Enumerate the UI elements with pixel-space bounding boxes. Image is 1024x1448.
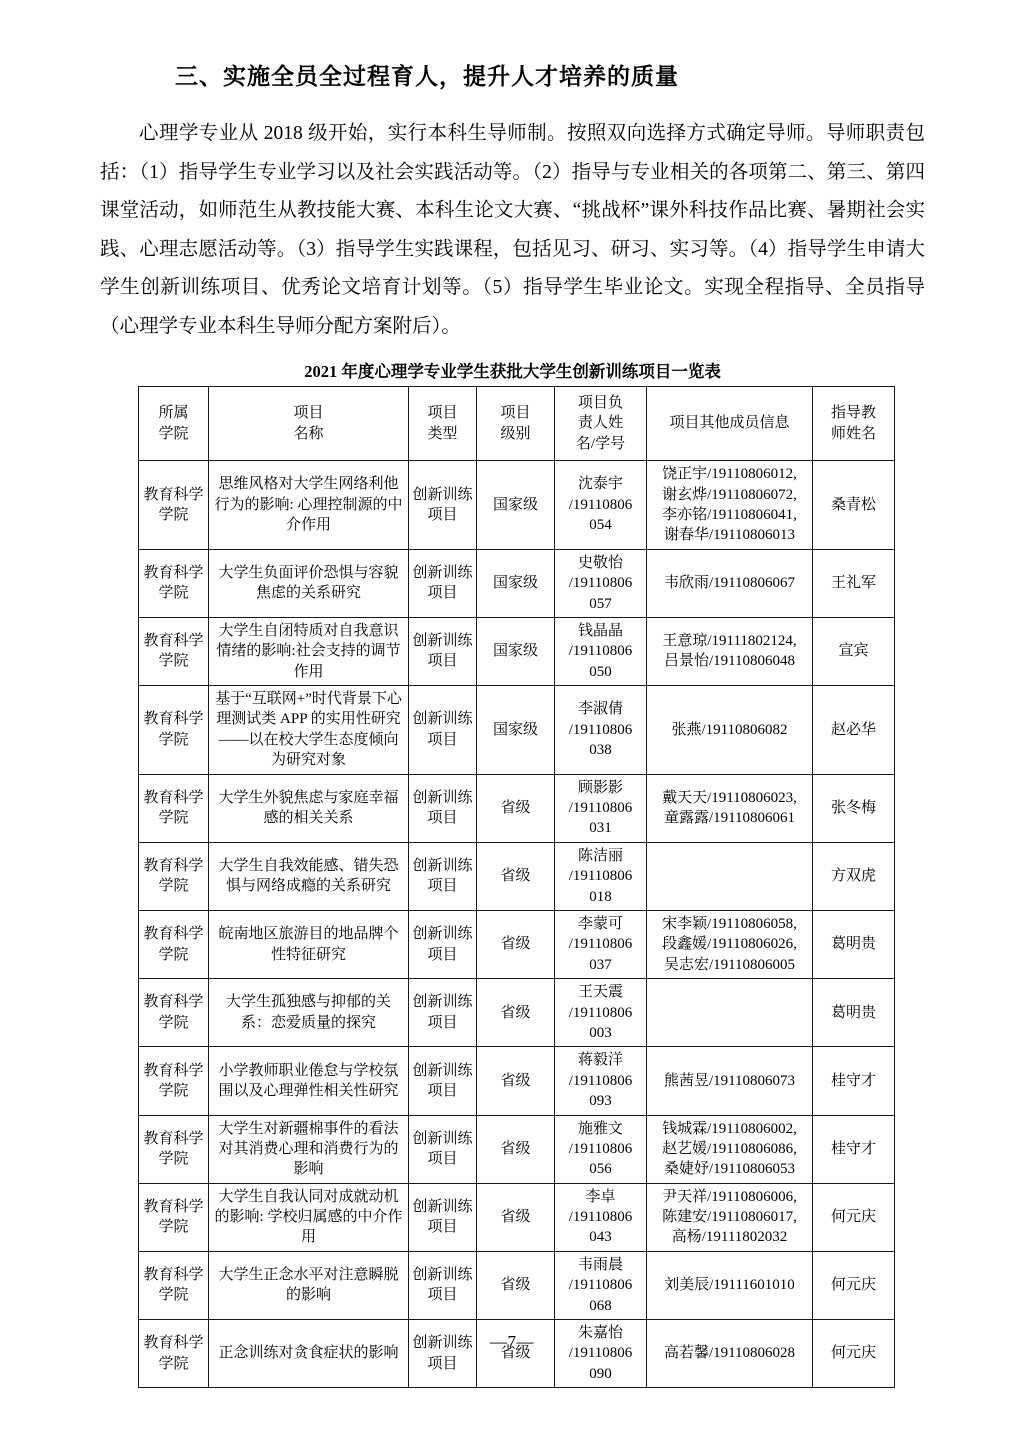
table-row: 教育科学学院大学生自我认同对成就动机的影响: 学校归属感的中介作用创新训练项目省…	[139, 1183, 895, 1251]
cell-advisor: 桂守才	[813, 1115, 895, 1183]
table-title: 2021 年度心理学专业学生获批大学生创新训练项目一览表	[100, 358, 925, 382]
cell-level: 省级	[477, 979, 555, 1047]
cell-type: 创新训练项目	[409, 686, 477, 775]
cell-name: 皖南地区旅游目的地品牌个性特征研究	[209, 910, 409, 978]
cell-name: 大学生外貌焦虑与家庭幸福感的相关关系	[209, 774, 409, 842]
cell-type: 创新训练项目	[409, 461, 477, 550]
cell-leader: 韦雨晨 /19110806 068	[555, 1251, 647, 1319]
table-row: 教育科学学院基于“互联网+”时代背景下心理测试类 APP 的实用性研究——以在校…	[139, 686, 895, 775]
cell-college: 教育科学学院	[139, 1047, 209, 1115]
cell-level: 省级	[477, 1183, 555, 1251]
cell-advisor: 桂守才	[813, 1047, 895, 1115]
header-members: 项目其他成员信息	[647, 387, 813, 461]
cell-leader: 施雅文 /19110806 056	[555, 1115, 647, 1183]
page-number: —7—	[0, 1332, 1024, 1352]
cell-type: 创新训练项目	[409, 1183, 477, 1251]
cell-college: 教育科学学院	[139, 774, 209, 842]
cell-advisor: 葛明贵	[813, 910, 895, 978]
cell-college: 教育科学学院	[139, 910, 209, 978]
cell-level: 省级	[477, 1251, 555, 1319]
cell-name: 正念训练对贪食症状的影响	[209, 1320, 409, 1388]
cell-college: 教育科学学院	[139, 461, 209, 550]
header-advisor: 指导教 师姓名	[813, 387, 895, 461]
cell-members: 戴天天/19110806023, 童露露/19110806061	[647, 774, 813, 842]
cell-type: 创新训练项目	[409, 1251, 477, 1319]
body-paragraph: 心理学专业从 2018 级开始，实行本科生导师制。按照双向选择方式确定导师。导师…	[100, 115, 925, 346]
cell-leader: 顾影影 /19110806 031	[555, 774, 647, 842]
cell-college: 教育科学学院	[139, 1251, 209, 1319]
cell-college: 教育科学学院	[139, 686, 209, 775]
cell-level: 省级	[477, 910, 555, 978]
cell-college: 教育科学学院	[139, 842, 209, 910]
cell-type: 创新训练项目	[409, 979, 477, 1047]
cell-name: 大学生对新疆棉事件的看法对其消费心理和消费行为的影响	[209, 1115, 409, 1183]
cell-level: 国家级	[477, 686, 555, 775]
cell-members: 刘美辰/19111601010	[647, 1251, 813, 1319]
cell-type: 创新训练项目	[409, 1115, 477, 1183]
table-header-row: 所属 学院 项目 名称 项目 类型 项目 级别 项目负 责人姓 名/学号 项目其…	[139, 387, 895, 461]
cell-name: 大学生孤独感与抑郁的关系：恋爱质量的探究	[209, 979, 409, 1047]
cell-advisor: 方双虎	[813, 842, 895, 910]
cell-members	[647, 842, 813, 910]
cell-leader: 陈洁丽 /19110806 018	[555, 842, 647, 910]
table-row: 教育科学学院思维风格对大学生网络利他行为的影响: 心理控制源的中介作用创新训练项…	[139, 461, 895, 550]
cell-advisor: 何元庆	[813, 1320, 895, 1388]
cell-members: 钱城霖/19110806002, 赵艺媛/19110806086, 桑婕妤/19…	[647, 1115, 813, 1183]
cell-level: 省级	[477, 842, 555, 910]
cell-college: 教育科学学院	[139, 1320, 209, 1388]
cell-leader: 沈泰宇 /19110806 054	[555, 461, 647, 550]
cell-advisor: 桑青松	[813, 461, 895, 550]
cell-advisor: 何元庆	[813, 1183, 895, 1251]
cell-advisor: 何元庆	[813, 1251, 895, 1319]
cell-college: 教育科学学院	[139, 549, 209, 617]
table-row: 教育科学学院大学生外貌焦虑与家庭幸福感的相关关系创新训练项目省级顾影影 /191…	[139, 774, 895, 842]
table-row: 教育科学学院大学生对新疆棉事件的看法对其消费心理和消费行为的影响创新训练项目省级…	[139, 1115, 895, 1183]
cell-leader: 李卓 /19110806 043	[555, 1183, 647, 1251]
cell-level: 国家级	[477, 617, 555, 685]
cell-leader: 朱嘉怡 /19110806 090	[555, 1320, 647, 1388]
cell-level: 省级	[477, 1320, 555, 1388]
cell-leader: 李淑倩 /19110806 038	[555, 686, 647, 775]
document-page: 三、实施全员全过程育人，提升人才培养的质量 心理学专业从 2018 级开始，实行…	[0, 0, 1024, 1448]
cell-leader: 史敬怡 /19110806 057	[555, 549, 647, 617]
projects-table: 所属 学院 项目 名称 项目 类型 项目 级别 项目负 责人姓 名/学号 项目其…	[138, 386, 895, 1388]
cell-advisor: 赵必华	[813, 686, 895, 775]
cell-members: 韦欣雨/19110806067	[647, 549, 813, 617]
cell-advisor: 葛明贵	[813, 979, 895, 1047]
header-project-name: 项目 名称	[209, 387, 409, 461]
cell-name: 基于“互联网+”时代背景下心理测试类 APP 的实用性研究——以在校大学生态度倾…	[209, 686, 409, 775]
cell-name: 大学生自闭特质对自我意识情绪的影响:社会支持的调节作用	[209, 617, 409, 685]
section-heading: 三、实施全员全过程育人，提升人才培养的质量	[175, 58, 925, 91]
cell-college: 教育科学学院	[139, 617, 209, 685]
cell-members: 宋李颖/19110806058, 段鑫媛/19110806026, 吴志宏/19…	[647, 910, 813, 978]
cell-level: 国家级	[477, 461, 555, 550]
cell-advisor: 张冬梅	[813, 774, 895, 842]
cell-members: 王意琼/19111802124, 吕景怡/19110806048	[647, 617, 813, 685]
cell-type: 创新训练项目	[409, 549, 477, 617]
cell-members: 饶正宇/19110806012, 谢玄烨/19110806072, 李亦铭/19…	[647, 461, 813, 550]
cell-level: 省级	[477, 774, 555, 842]
cell-name: 小学教师职业倦怠与学校氛围以及心理弹性相关性研究	[209, 1047, 409, 1115]
cell-members: 尹天祥/19110806006, 陈建安/19110806017, 高杨/191…	[647, 1183, 813, 1251]
cell-name: 大学生自我认同对成就动机的影响: 学校归属感的中介作用	[209, 1183, 409, 1251]
header-project-level: 项目 级别	[477, 387, 555, 461]
cell-name: 大学生自我效能感、错失恐惧与网络成瘾的关系研究	[209, 842, 409, 910]
table-row: 教育科学学院皖南地区旅游目的地品牌个性特征研究创新训练项目省级李蒙可 /1911…	[139, 910, 895, 978]
table-row: 教育科学学院大学生孤独感与抑郁的关系：恋爱质量的探究创新训练项目省级王天震 /1…	[139, 979, 895, 1047]
header-college: 所属 学院	[139, 387, 209, 461]
cell-leader: 王天震 /19110806 003	[555, 979, 647, 1047]
cell-type: 创新训练项目	[409, 1320, 477, 1388]
cell-name: 大学生正念水平对注意瞬脱的影响	[209, 1251, 409, 1319]
cell-college: 教育科学学院	[139, 1183, 209, 1251]
cell-leader: 李蒙可 /19110806 037	[555, 910, 647, 978]
cell-leader: 蒋毅洋 /19110806 093	[555, 1047, 647, 1115]
cell-level: 省级	[477, 1115, 555, 1183]
table-row: 教育科学学院大学生负面评价恐惧与容貌焦虑的关系研究创新训练项目国家级史敬怡 /1…	[139, 549, 895, 617]
cell-leader: 钱晶晶 /19110806 050	[555, 617, 647, 685]
cell-level: 国家级	[477, 549, 555, 617]
table-row: 教育科学学院大学生自我效能感、错失恐惧与网络成瘾的关系研究创新训练项目省级陈洁丽…	[139, 842, 895, 910]
cell-members: 熊茜昱/19110806073	[647, 1047, 813, 1115]
cell-type: 创新训练项目	[409, 617, 477, 685]
table-row: 教育科学学院大学生自闭特质对自我意识情绪的影响:社会支持的调节作用创新训练项目国…	[139, 617, 895, 685]
cell-type: 创新训练项目	[409, 1047, 477, 1115]
header-leader: 项目负 责人姓 名/学号	[555, 387, 647, 461]
table-row: 教育科学学院小学教师职业倦怠与学校氛围以及心理弹性相关性研究创新训练项目省级蒋毅…	[139, 1047, 895, 1115]
cell-college: 教育科学学院	[139, 979, 209, 1047]
cell-type: 创新训练项目	[409, 910, 477, 978]
cell-type: 创新训练项目	[409, 774, 477, 842]
cell-members: 高若馨/19110806028	[647, 1320, 813, 1388]
cell-members: 张燕/19110806082	[647, 686, 813, 775]
table-row: 教育科学学院正念训练对贪食症状的影响创新训练项目省级朱嘉怡 /19110806 …	[139, 1320, 895, 1388]
header-project-type: 项目 类型	[409, 387, 477, 461]
cell-type: 创新训练项目	[409, 842, 477, 910]
cell-members	[647, 979, 813, 1047]
cell-advisor: 王礼军	[813, 549, 895, 617]
cell-name: 大学生负面评价恐惧与容貌焦虑的关系研究	[209, 549, 409, 617]
cell-advisor: 宣宾	[813, 617, 895, 685]
cell-name: 思维风格对大学生网络利他行为的影响: 心理控制源的中介作用	[209, 461, 409, 550]
cell-college: 教育科学学院	[139, 1115, 209, 1183]
table-row: 教育科学学院大学生正念水平对注意瞬脱的影响创新训练项目省级韦雨晨 /191108…	[139, 1251, 895, 1319]
cell-level: 省级	[477, 1047, 555, 1115]
